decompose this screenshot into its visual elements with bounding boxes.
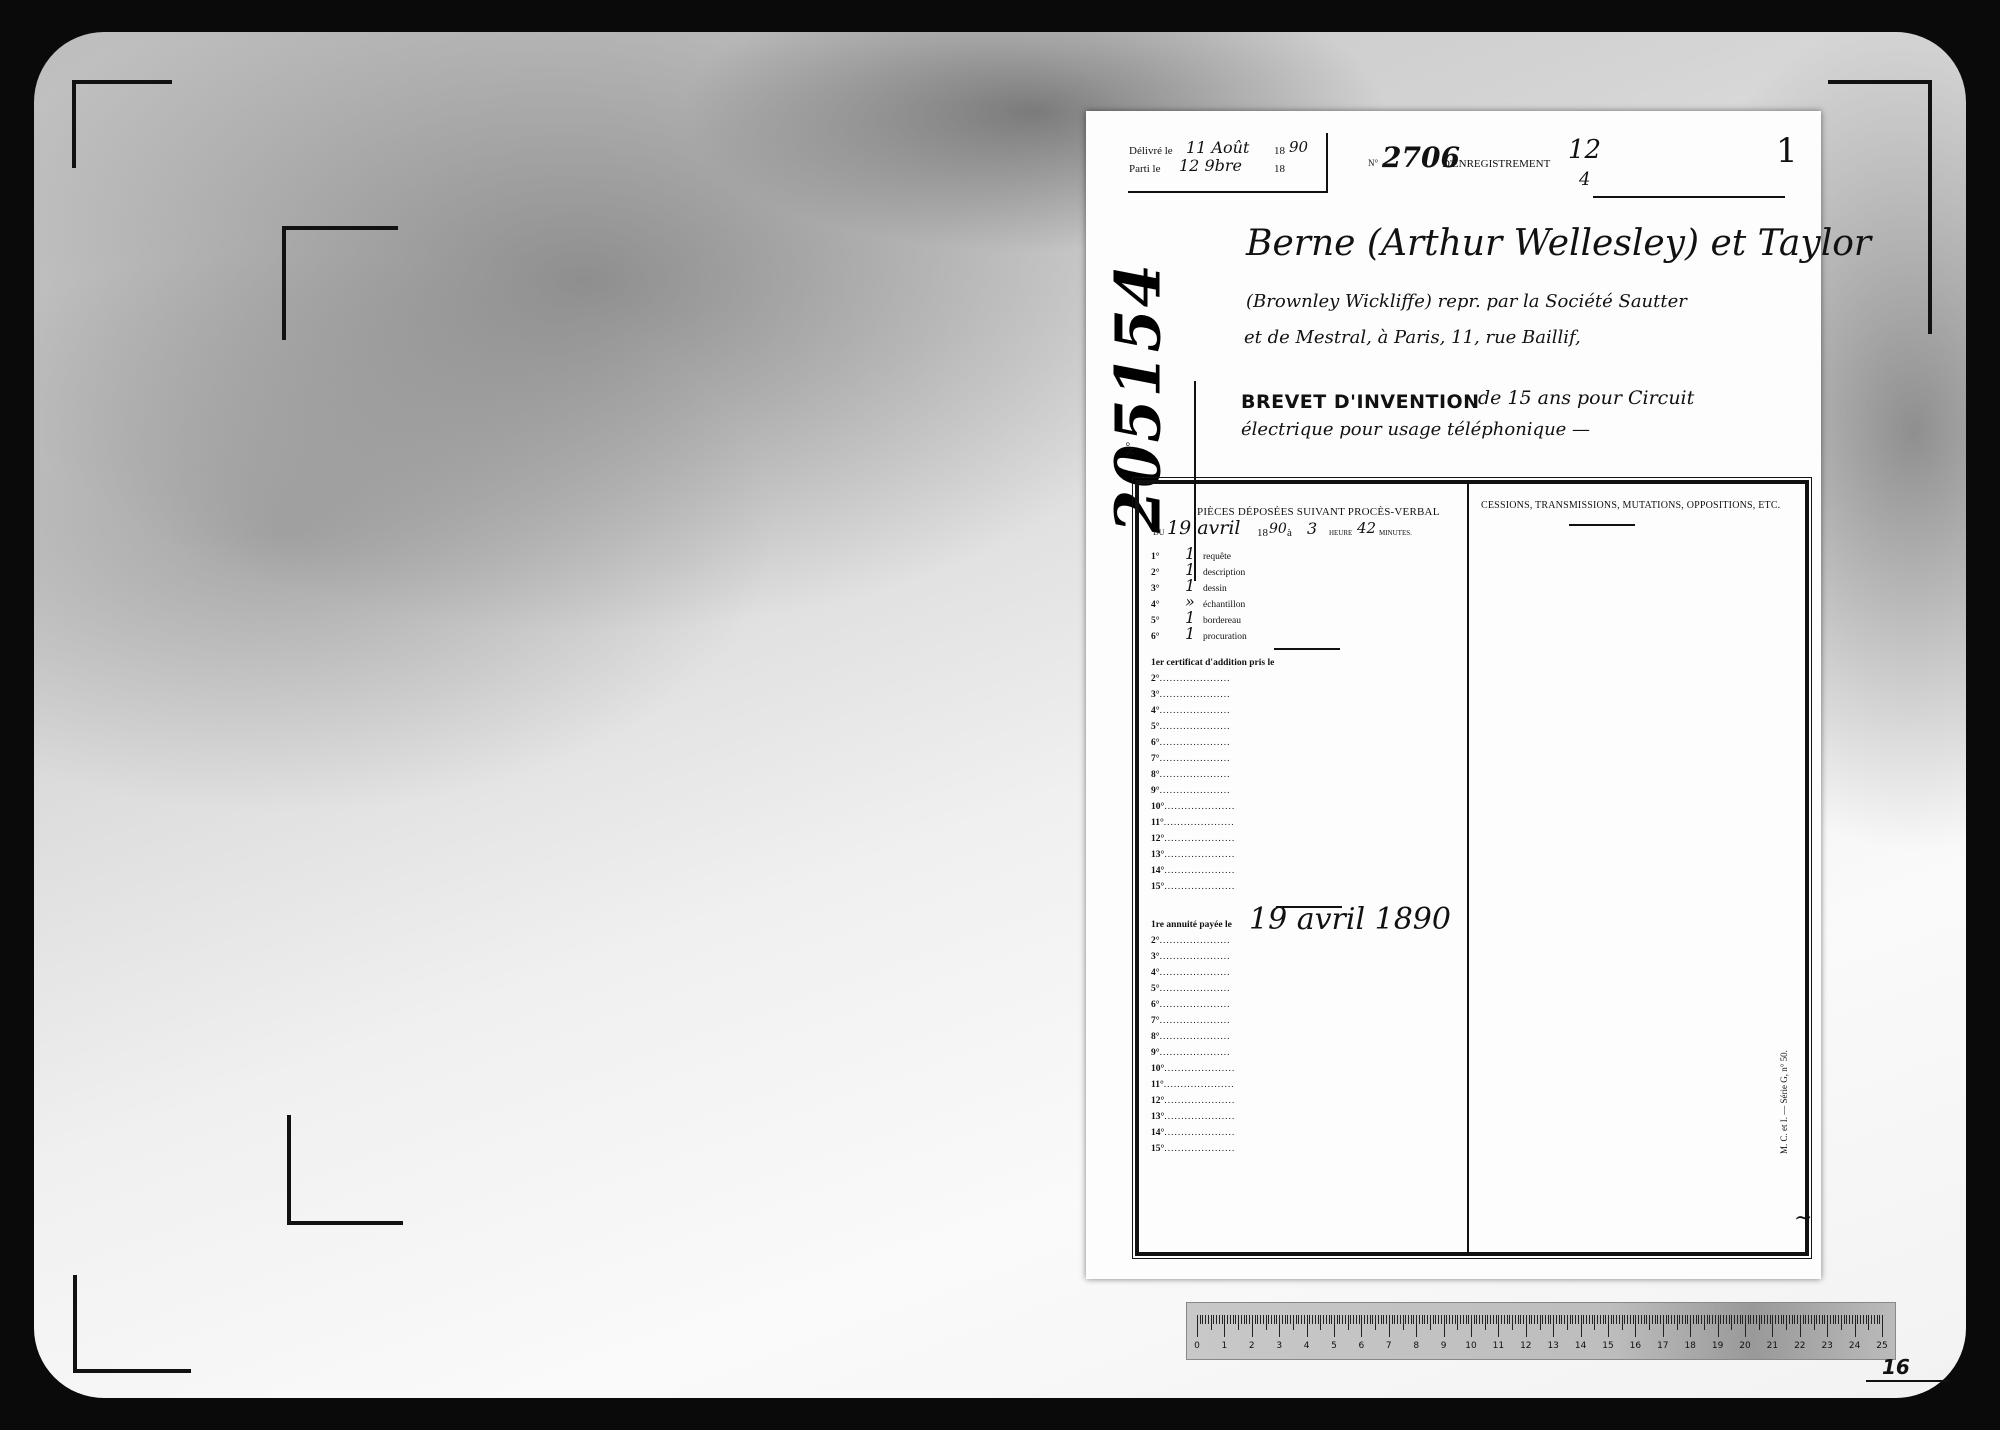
annuite-row: 5°..................... [1151, 984, 1230, 994]
ruler-tick [1364, 1315, 1365, 1324]
ruler-tick [1216, 1315, 1217, 1324]
ruler-tick [1594, 1315, 1595, 1330]
ruler-tick [1556, 1315, 1557, 1324]
pv-year-prefix: 18 [1257, 527, 1268, 539]
ruler-tick [1383, 1315, 1384, 1324]
ruler-tick [1561, 1315, 1562, 1324]
ruler-tick [1868, 1315, 1869, 1330]
ruler-label: 10 [1465, 1341, 1476, 1351]
parti-year-prefix: 18 [1274, 163, 1285, 175]
ruler-label: 9 [1441, 1341, 1447, 1351]
ruler-tick [1353, 1315, 1354, 1324]
ruler-tick [1224, 1315, 1225, 1337]
column-divider [1467, 484, 1469, 1252]
ruler-label: 3 [1276, 1341, 1282, 1351]
ruler-tick [1698, 1315, 1699, 1324]
annuite-row: 7°..................... [1151, 1016, 1230, 1026]
ruler-tick [1830, 1315, 1831, 1324]
ruler-tick [1559, 1315, 1560, 1324]
certificat-row: 14°..................... [1151, 866, 1235, 876]
ruler-tick [1474, 1315, 1475, 1324]
ruler-tick [1814, 1315, 1815, 1330]
ruler-tick [1427, 1315, 1428, 1324]
register-table: Pièces déposées suivant procès-verbal du… [1135, 480, 1809, 1256]
ruler-label: 7 [1386, 1341, 1392, 1351]
certificat-row: 6°..................... [1151, 738, 1230, 748]
ruler-tick [1375, 1315, 1376, 1330]
ruler-tick [1734, 1315, 1735, 1324]
ruler-tick [1359, 1315, 1360, 1324]
ruler-tick [1633, 1315, 1634, 1324]
ruler-tick [1263, 1315, 1264, 1324]
ruler-tick [1657, 1315, 1658, 1324]
ruler-tick [1627, 1315, 1628, 1324]
ruler-tick [1800, 1315, 1801, 1337]
annuite-row: 12°..................... [1151, 1096, 1235, 1106]
certificat-row: 8°..................... [1151, 770, 1230, 780]
ruler-tick [1372, 1315, 1373, 1324]
scale-ruler: 0123456789101112131415161718192021222324… [1186, 1302, 1896, 1360]
numero-prefix: N° [1368, 158, 1378, 168]
ruler-tick [1482, 1315, 1483, 1324]
ruler-label: 11 [1493, 1341, 1504, 1351]
ruler-tick [1285, 1315, 1286, 1324]
ruler-tick [1748, 1315, 1749, 1324]
ruler-tick [1564, 1315, 1565, 1324]
ruler-label: 21 [1767, 1341, 1778, 1351]
ruler-tick [1504, 1315, 1505, 1324]
ruler-tick [1419, 1315, 1420, 1324]
ruler-tick [1463, 1315, 1464, 1324]
certificat-row: 5°..................... [1151, 722, 1230, 732]
ruler-tick [1550, 1315, 1551, 1324]
ruler-tick [1452, 1315, 1453, 1324]
brevet-label: BREVET D'INVENTION [1241, 391, 1480, 413]
ruler-tick [1318, 1315, 1319, 1324]
ruler-label: 0 [1194, 1341, 1200, 1351]
ruler-tick [1282, 1315, 1283, 1324]
pv-minutes: 42 [1357, 519, 1376, 537]
ruler-tick [1279, 1315, 1280, 1337]
ruler-tick [1501, 1315, 1502, 1324]
ruler-tick [1581, 1315, 1582, 1337]
ruler-tick [1685, 1315, 1686, 1324]
ruler-label: 23 [1821, 1341, 1832, 1351]
certificat-row: 15°..................... [1151, 882, 1235, 892]
inventor-line-2: (Brownley Wickliffe) repr. par la Sociét… [1246, 291, 1687, 312]
ruler-tick [1238, 1315, 1239, 1330]
ruler-tick [1767, 1315, 1768, 1324]
ruler-tick [1246, 1315, 1247, 1324]
ruler-tick [1441, 1315, 1442, 1324]
certificat-row: 3°..................... [1151, 690, 1230, 700]
annuite-row: 10°..................... [1151, 1064, 1235, 1074]
ruler-tick [1693, 1315, 1694, 1324]
ruler-tick [1493, 1315, 1494, 1324]
ruler-tick [1348, 1315, 1349, 1330]
ruler-tick [1260, 1315, 1261, 1324]
ruler-tick [1312, 1315, 1313, 1324]
ruler-tick [1252, 1315, 1253, 1337]
ruler-tick [1586, 1315, 1587, 1324]
ruler-tick [1622, 1315, 1623, 1330]
ruler-tick [1515, 1315, 1516, 1324]
ruler-tick [1819, 1315, 1820, 1324]
ruler-tick [1789, 1315, 1790, 1324]
brevet-handwritten-1: de 15 ans pour Circuit [1478, 387, 1694, 409]
ruler-tick [1750, 1315, 1751, 1324]
certificat-row: 4°..................... [1151, 706, 1230, 716]
ruler-tick [1616, 1315, 1617, 1324]
cessions-heading: Cessions, transmissions, mutations, oppo… [1481, 500, 1780, 511]
fraction-top: 12 [1568, 135, 1601, 165]
ruler-tick [1589, 1315, 1590, 1324]
ruler-tick [1241, 1315, 1242, 1324]
ruler-tick [1600, 1315, 1601, 1324]
ruler-tick [1846, 1315, 1847, 1324]
ruler-tick [1534, 1315, 1535, 1324]
ruler-tick [1298, 1315, 1299, 1324]
ruler-tick [1345, 1315, 1346, 1324]
ruler-tick [1339, 1315, 1340, 1324]
ruler-tick [1879, 1315, 1880, 1324]
ruler-tick [1827, 1315, 1828, 1337]
ruler-tick [1805, 1315, 1806, 1324]
ruler-tick [1608, 1315, 1609, 1337]
ruler-label: 19 [1712, 1341, 1723, 1351]
ruler-tick [1548, 1315, 1549, 1324]
ruler-tick [1361, 1315, 1362, 1337]
ruler-tick [1408, 1315, 1409, 1324]
ruler-tick [1315, 1315, 1316, 1324]
ruler-tick [1709, 1315, 1710, 1324]
annuite-row: 2°..................... [1151, 936, 1230, 946]
delivre-label: Délivré le [1129, 145, 1173, 157]
ruler-tick [1301, 1315, 1302, 1324]
ruler-tick [1742, 1315, 1743, 1324]
ruler-tick [1635, 1315, 1636, 1337]
ruler-tick [1476, 1315, 1477, 1324]
ruler-tick [1496, 1315, 1497, 1324]
ruler-tick [1205, 1315, 1206, 1324]
ruler-tick [1490, 1315, 1491, 1324]
ruler-tick [1611, 1315, 1612, 1324]
ruler-tick [1603, 1315, 1604, 1324]
ruler-tick [1471, 1315, 1472, 1337]
ruler-tick [1342, 1315, 1343, 1324]
ruler-tick [1219, 1315, 1220, 1324]
ruler-tick [1540, 1315, 1541, 1330]
ruler-tick [1244, 1315, 1245, 1324]
ruler-tick [1570, 1315, 1571, 1324]
ruler-tick [1337, 1315, 1338, 1324]
ruler-tick [1466, 1315, 1467, 1324]
ruler-tick [1386, 1315, 1387, 1324]
ruler-tick [1266, 1315, 1267, 1330]
ruler-tick [1803, 1315, 1804, 1324]
ruler-tick [1460, 1315, 1461, 1324]
ruler-tick [1863, 1315, 1864, 1324]
ruler-tick [1507, 1315, 1508, 1324]
ruler-tick [1430, 1315, 1431, 1330]
ruler-tick [1485, 1315, 1486, 1330]
delivre-year-prefix: 18 [1274, 145, 1285, 157]
ruler-tick [1529, 1315, 1530, 1324]
ruler-tick [1655, 1315, 1656, 1324]
ruler-tick [1860, 1315, 1861, 1324]
annuite-row: 11°..................... [1151, 1080, 1235, 1090]
ruler-tick [1745, 1315, 1746, 1337]
ruler-tick [1797, 1315, 1798, 1324]
ruler-label: 4 [1304, 1341, 1310, 1351]
inventor-line-1: Berne (Arthur Wellesley) et Taylor [1246, 223, 1871, 264]
ruler-tick [1230, 1315, 1231, 1324]
parti-label: Parti le [1129, 163, 1160, 175]
patent-register-sheet: Délivré le 11 Août 18 90 Parti le 12 9br… [1086, 111, 1821, 1279]
ruler-tick [1367, 1315, 1368, 1324]
ruler-tick [1605, 1315, 1606, 1324]
ruler-tick [1775, 1315, 1776, 1324]
ruler-tick [1350, 1315, 1351, 1324]
ruler-tick [1498, 1315, 1499, 1337]
ruler-tick [1444, 1315, 1445, 1337]
ruler-tick [1222, 1315, 1223, 1324]
crop-mark-inner-top-left [282, 226, 398, 340]
ruler-tick [1326, 1315, 1327, 1324]
ruler-tick [1794, 1315, 1795, 1324]
ruler-label: 24 [1849, 1341, 1860, 1351]
ruler-tick [1583, 1315, 1584, 1324]
certificat-row: 2°..................... [1151, 674, 1230, 684]
ruler-tick [1740, 1315, 1741, 1324]
ruler-tick [1389, 1315, 1390, 1337]
ruler-tick [1255, 1315, 1256, 1324]
ruler-tick [1392, 1315, 1393, 1324]
ruler-tick [1213, 1315, 1214, 1324]
ruler-tick [1309, 1315, 1310, 1324]
annuite-row: 15°..................... [1151, 1144, 1235, 1154]
crop-mark-top-left [72, 80, 172, 168]
fraction-rule [1593, 196, 1785, 198]
ruler-tick [1592, 1315, 1593, 1324]
ruler-tick [1679, 1315, 1680, 1324]
ruler-tick [1838, 1315, 1839, 1324]
ruler-tick [1487, 1315, 1488, 1324]
imprint: M. C. et I. — Série G, n° 50. [1779, 1050, 1789, 1154]
ruler-tick [1578, 1315, 1579, 1324]
pv-year: 90 [1269, 521, 1287, 537]
ruler-label: 22 [1794, 1341, 1805, 1351]
ruler-tick [1520, 1315, 1521, 1324]
ruler-tick [1770, 1315, 1771, 1324]
ruler-tick [1509, 1315, 1510, 1324]
certificat-row: 11°..................... [1151, 818, 1235, 828]
ruler-tick [1542, 1315, 1543, 1324]
ruler-tick [1233, 1315, 1234, 1324]
ruler-tick [1356, 1315, 1357, 1324]
crop-mark-top-right [1828, 80, 1932, 334]
ruler-tick [1329, 1315, 1330, 1324]
ruler-tick [1523, 1315, 1524, 1324]
ruler-tick [1413, 1315, 1414, 1324]
ruler-label: 18 [1684, 1341, 1695, 1351]
pv-hour: 3 [1307, 519, 1317, 538]
ruler-label: 15 [1602, 1341, 1613, 1351]
closing-mark: ~ [1794, 1206, 1812, 1231]
ruler-tick [1370, 1315, 1371, 1324]
ruler-tick [1446, 1315, 1447, 1324]
ruler-tick [1720, 1315, 1721, 1324]
ruler-tick [1707, 1315, 1708, 1324]
ruler-tick [1331, 1315, 1332, 1324]
ruler-tick [1824, 1315, 1825, 1324]
ruler-label: 13 [1547, 1341, 1558, 1351]
ruler-tick [1323, 1315, 1324, 1324]
ruler-tick [1274, 1315, 1275, 1324]
annuite-row: 9°..................... [1151, 1048, 1230, 1058]
crop-mark-bottom-left [73, 1275, 191, 1373]
ruler-tick [1855, 1315, 1856, 1337]
ruler-tick [1841, 1315, 1842, 1330]
plate-underline [1866, 1380, 1950, 1382]
ruler-tick [1403, 1315, 1404, 1330]
ruler-tick [1764, 1315, 1765, 1324]
pv-a: à [1287, 527, 1292, 539]
ruler-tick [1424, 1315, 1425, 1324]
ruler-tick [1200, 1315, 1201, 1324]
ruler-tick [1649, 1315, 1650, 1330]
ruler-tick [1567, 1315, 1568, 1330]
ruler-tick [1411, 1315, 1412, 1324]
ruler-tick [1849, 1315, 1850, 1324]
annuite-row: 8°..................... [1151, 1032, 1230, 1042]
ruler-tick [1696, 1315, 1697, 1324]
page-mark: 1 [1776, 131, 1798, 171]
ruler-tick [1334, 1315, 1335, 1337]
ruler-label: 1 [1222, 1341, 1228, 1351]
pv-hour-label: heure [1329, 529, 1352, 537]
ruler-tick [1677, 1315, 1678, 1330]
ruler-scale: 0123456789101112131415161718192021222324… [1197, 1315, 1882, 1337]
ruler-tick [1701, 1315, 1702, 1324]
ruler-tick [1572, 1315, 1573, 1324]
ruler-tick [1671, 1315, 1672, 1324]
ruler-tick [1397, 1315, 1398, 1324]
delivre-date: 11 Août [1186, 138, 1249, 157]
ruler-label: 8 [1413, 1341, 1419, 1351]
annuite-1-date: 19 avril 1890 [1249, 902, 1451, 937]
ruler-tick [1197, 1315, 1198, 1337]
ruler-tick [1811, 1315, 1812, 1324]
ruler-tick [1449, 1315, 1450, 1324]
ruler-tick [1433, 1315, 1434, 1324]
ruler-tick [1438, 1315, 1439, 1324]
ruler-tick [1257, 1315, 1258, 1324]
ruler-tick [1208, 1315, 1209, 1324]
ruler-label: 2 [1249, 1341, 1255, 1351]
ruler-tick [1731, 1315, 1732, 1330]
ruler-tick [1381, 1315, 1382, 1324]
ruler-tick [1416, 1315, 1417, 1337]
ruler-tick [1756, 1315, 1757, 1324]
ruler-label: 14 [1575, 1341, 1586, 1351]
ruler-tick [1619, 1315, 1620, 1324]
certificat-row-1: 1er certificat d'addition pris le [1151, 658, 1274, 668]
ruler-label: 5 [1331, 1341, 1337, 1351]
ruler-tick [1759, 1315, 1760, 1330]
pieces-separator [1274, 648, 1340, 650]
ruler-tick [1287, 1315, 1288, 1324]
ruler-tick [1518, 1315, 1519, 1324]
annuite-row-1: 1re annuité payée le [1151, 920, 1232, 930]
ruler-tick [1663, 1315, 1664, 1337]
ruler-tick [1455, 1315, 1456, 1324]
brevet-number-prefix: N° [1123, 442, 1138, 455]
ruler-tick [1307, 1315, 1308, 1337]
ruler-tick [1835, 1315, 1836, 1324]
ruler-label: 16 [1630, 1341, 1641, 1351]
ruler-tick [1674, 1315, 1675, 1324]
ruler-tick [1378, 1315, 1379, 1324]
ruler-tick [1304, 1315, 1305, 1324]
ruler-tick [1668, 1315, 1669, 1324]
annuite-row: 4°..................... [1151, 968, 1230, 978]
pv-date: 19 avril [1167, 517, 1241, 539]
enregistrement-label: D'ENREGISTREMENT [1442, 158, 1550, 170]
ruler-tick [1822, 1315, 1823, 1324]
certificat-row: 13°..................... [1151, 850, 1235, 860]
certificat-row: 9°..................... [1151, 786, 1230, 796]
ruler-label: 12 [1520, 1341, 1531, 1351]
certificat-row: 12°..................... [1151, 834, 1235, 844]
parti-date: 12 9bre [1179, 156, 1242, 175]
certificat-row: 10°..................... [1151, 802, 1235, 812]
ruler-tick [1652, 1315, 1653, 1324]
annuite-row: 13°..................... [1151, 1112, 1235, 1122]
ruler-tick [1537, 1315, 1538, 1324]
ruler-tick [1271, 1315, 1272, 1324]
ruler-label: 6 [1359, 1341, 1365, 1351]
ruler-tick [1646, 1315, 1647, 1324]
cessions-separator [1569, 524, 1635, 526]
ruler-tick [1666, 1315, 1667, 1324]
ruler-tick [1644, 1315, 1645, 1324]
annuite-row: 6°..................... [1151, 1000, 1230, 1010]
annuite-row: 3°..................... [1151, 952, 1230, 962]
ruler-tick [1531, 1315, 1532, 1324]
ruler-label: 25 [1876, 1341, 1887, 1351]
ruler-tick [1783, 1315, 1784, 1324]
ruler-tick [1249, 1315, 1250, 1324]
ruler-tick [1761, 1315, 1762, 1324]
ruler-tick [1808, 1315, 1809, 1324]
ruler-tick [1553, 1315, 1554, 1337]
ruler-tick [1852, 1315, 1853, 1324]
piece-row: 6°1procuration [1151, 624, 1247, 643]
ruler-tick [1866, 1315, 1867, 1324]
ruler-tick [1726, 1315, 1727, 1324]
ruler-tick [1877, 1315, 1878, 1324]
certificat-row: 7°..................... [1151, 754, 1230, 764]
ruler-tick [1715, 1315, 1716, 1324]
ruler-tick [1857, 1315, 1858, 1324]
ruler-tick [1597, 1315, 1598, 1324]
ruler-tick [1641, 1315, 1642, 1324]
ruler-tick [1833, 1315, 1834, 1324]
ruler-tick [1882, 1315, 1883, 1337]
ruler-tick [1786, 1315, 1787, 1330]
ruler-tick [1512, 1315, 1513, 1330]
